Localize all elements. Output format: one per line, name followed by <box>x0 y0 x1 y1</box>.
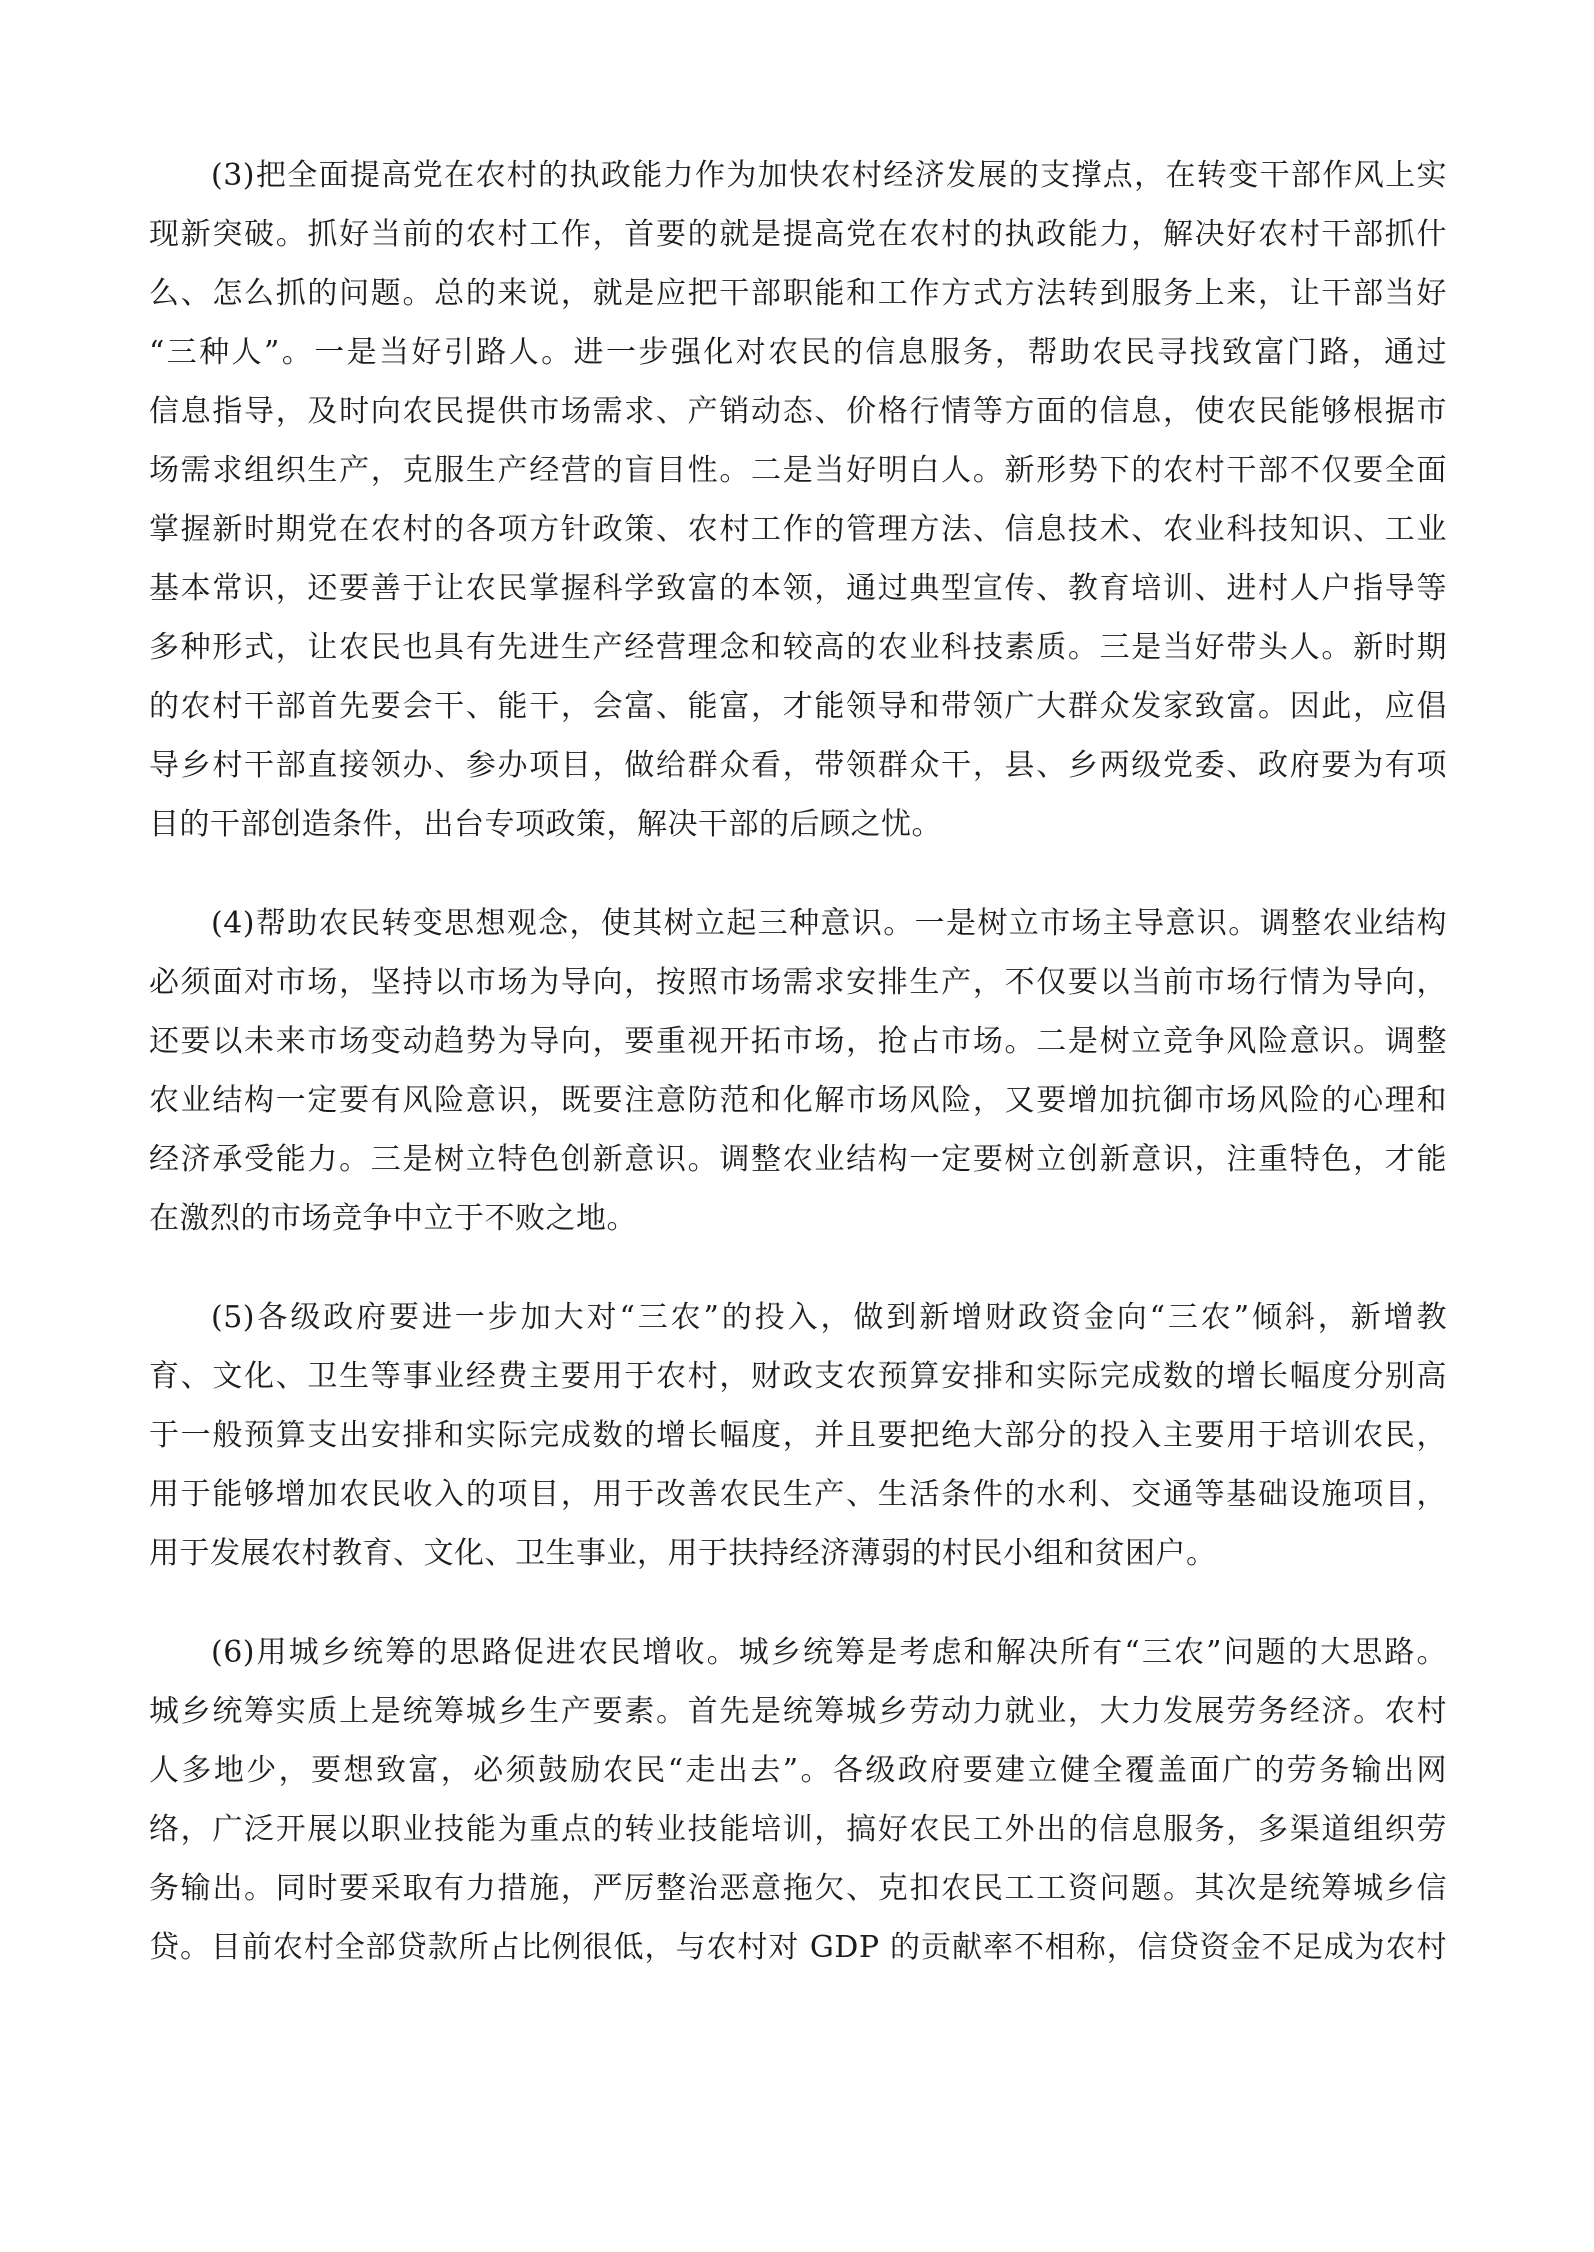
paragraph-line: 现新突破。抓好当前的农村工作，首要的就是提高党在农村的执政能力，解决好农村干部抓… <box>149 205 1447 264</box>
paragraph-line: 务输出。同时要采取有力措施，严厉整治恶意拖欠、克扣农民工工资问题。其次是统筹城乡… <box>149 1859 1447 1918</box>
paragraph-line: 信息指导，及时向农民提供市场需求、产销动态、价格行情等方面的信息，使农民能够根据… <box>149 382 1447 441</box>
paragraph-line: 经济承受能力。三是树立特色创新意识。调整农业结构一定要树立创新意识，注重特色，才… <box>149 1130 1447 1189</box>
paragraph-line: 基本常识，还要善于让农民掌握科学致富的本领，通过典型宣传、教育培训、进村人户指导… <box>149 559 1447 618</box>
paragraph-line: 还要以未来市场变动趋势为导向，要重视开拓市场，抢占市场。二是树立竞争风险意识。调… <box>149 1012 1447 1071</box>
paragraph-line: 育、文化、卫生等事业经费主要用于农村，财政支农预算安排和实际完成数的增长幅度分别… <box>149 1347 1447 1406</box>
paragraph-line: 人多地少，要想致富，必须鼓励农民“走出去”。各级政府要建立健全覆盖面广的劳务输出… <box>149 1741 1447 1800</box>
paragraph-line: 用于发展农村教育、文化、卫生事业，用于扶持经济薄弱的村民小组和贫困户。 <box>149 1524 1447 1583</box>
paragraph-line: 络，广泛开展以职业技能为重点的转业技能培训，搞好农民工外出的信息服务，多渠道组织… <box>149 1800 1447 1859</box>
paragraph-line: 在激烈的市场竞争中立于不败之地。 <box>149 1189 1447 1248</box>
paragraph-line: “三种人”。一是当好引路人。进一步强化对农民的信息服务，帮助农民寻找致富门路，通… <box>149 323 1447 382</box>
paragraph-6: (6)用城乡统筹的思路促进农民增收。城乡统筹是考虑和解决所有“三农”问题的大思路… <box>149 1623 1447 1977</box>
paragraph-line: 多种形式，让农民也具有先进生产经营理念和较高的农业科技素质。三是当好带头人。新时… <box>149 618 1447 677</box>
document-page: (3)把全面提高党在农村的执政能力作为加快农村经济发展的支撑点，在转变干部作风上… <box>149 146 1447 2017</box>
paragraph-line: 目的干部创造条件，出台专项政策，解决干部的后顾之忧。 <box>149 795 1447 854</box>
paragraph-3: (3)把全面提高党在农村的执政能力作为加快农村经济发展的支撑点，在转变干部作风上… <box>149 146 1447 854</box>
paragraph-line: 农业结构一定要有风险意识，既要注意防范和化解市场风险，又要增加抗御市场风险的心理… <box>149 1071 1447 1130</box>
paragraph-line: 于一般预算支出安排和实际完成数的增长幅度，并且要把绝大部分的投入主要用于培训农民… <box>149 1406 1447 1465</box>
paragraph-line: 城乡统筹实质上是统筹城乡生产要素。首先是统筹城乡劳动力就业，大力发展劳务经济。农… <box>149 1682 1447 1741</box>
paragraph-line: (6)用城乡统筹的思路促进农民增收。城乡统筹是考虑和解决所有“三农”问题的大思路… <box>149 1623 1447 1682</box>
paragraph-line: (3)把全面提高党在农村的执政能力作为加快农村经济发展的支撑点，在转变干部作风上… <box>149 146 1447 205</box>
paragraph-5: (5)各级政府要进一步加大对“三农”的投入，做到新增财政资金向“三农”倾斜，新增… <box>149 1288 1447 1583</box>
paragraph-line: 贷。目前农村全部贷款所占比例很低，与农村对 GDP 的贡献率不相称，信贷资金不足… <box>149 1918 1447 1977</box>
paragraph-line: 用于能够增加农民收入的项目，用于改善农民生产、生活条件的水利、交通等基础设施项目… <box>149 1465 1447 1524</box>
paragraph-line: 场需求组织生产，克服生产经营的盲目性。二是当好明白人。新形势下的农村干部不仅要全… <box>149 441 1447 500</box>
paragraph-line: 的农村干部首先要会干、能干，会富、能富，才能领导和带领广大群众发家致富。因此，应… <box>149 677 1447 736</box>
paragraph-line: 必须面对市场，坚持以市场为导向，按照市场需求安排生产，不仅要以当前市场行情为导向… <box>149 953 1447 1012</box>
paragraph-4: (4)帮助农民转变思想观念，使其树立起三种意识。一是树立市场主导意识。调整农业结… <box>149 894 1447 1248</box>
paragraph-line: (5)各级政府要进一步加大对“三农”的投入，做到新增财政资金向“三农”倾斜，新增… <box>149 1288 1447 1347</box>
paragraph-line: 么、怎么抓的问题。总的来说，就是应把干部职能和工作方式方法转到服务上来，让干部当… <box>149 264 1447 323</box>
paragraph-line: 导乡村干部直接领办、参办项目，做给群众看，带领群众干，县、乡两级党委、政府要为有… <box>149 736 1447 795</box>
paragraph-line: (4)帮助农民转变思想观念，使其树立起三种意识。一是树立市场主导意识。调整农业结… <box>149 894 1447 953</box>
paragraph-line: 掌握新时期党在农村的各项方针政策、农村工作的管理方法、信息技术、农业科技知识、工… <box>149 500 1447 559</box>
